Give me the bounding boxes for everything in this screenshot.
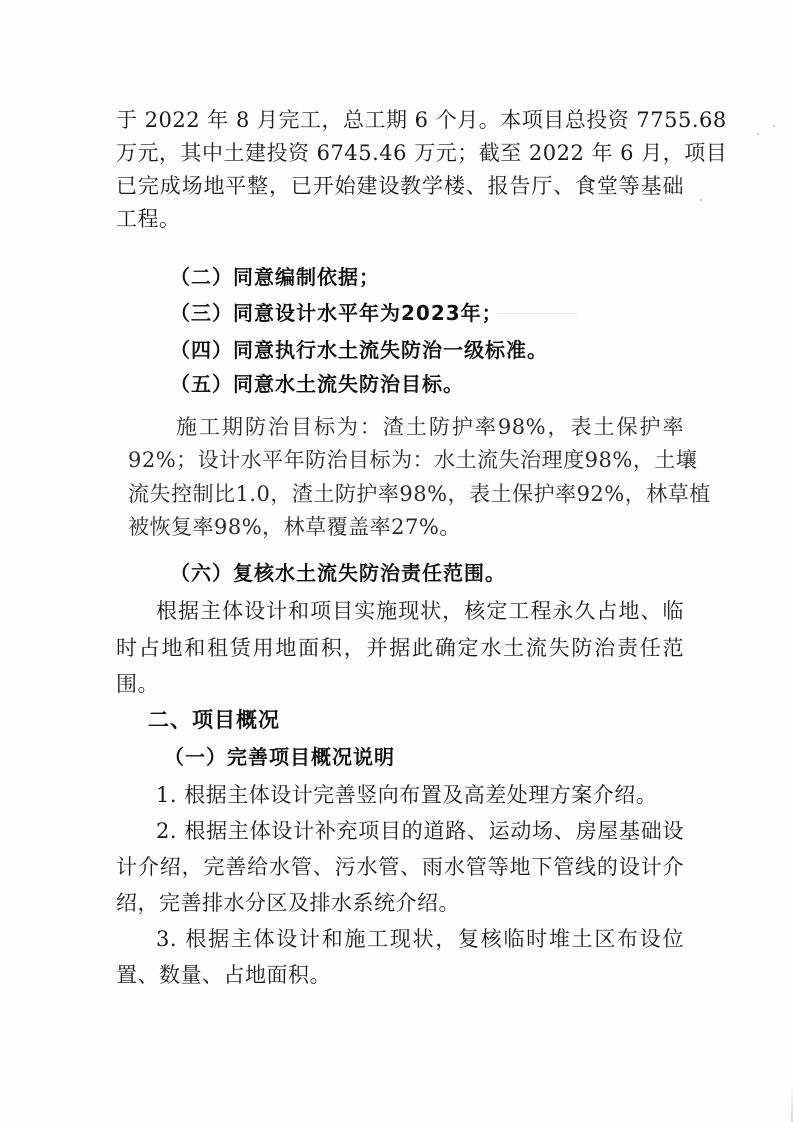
targets-line: 92%；设计水平年防治目标为：水土流失治理度98%，土壤	[128, 445, 684, 475]
paragraph-line: 围。	[116, 669, 684, 699]
list-item-3: 3. 根据主体设计和施工现状，复核临时堆土区布设位	[156, 924, 684, 954]
list-item-1: 1. 根据主体设计完善竖向布置及高差处理方案介绍。	[156, 780, 684, 810]
section-heading: 二、项目概况	[148, 705, 548, 735]
targets-line: 被恢复率98%，林草覆盖率27%。	[128, 512, 684, 542]
list-item-3-cont: 置、数量、占地面积。	[116, 960, 684, 990]
list-item-2-cont: 绍，完善排水分区及排水系统介绍。	[116, 888, 684, 918]
targets-line: 施工期防治目标为：渣土防护率98%，表土保护率	[176, 412, 684, 442]
paragraph-line: 已完成场地平整，已开始建设教学楼、报告厅、食堂等基础	[116, 171, 684, 201]
item-heading-6: （六）复核水土流失防治责任范围。	[170, 558, 690, 588]
item-heading-2: （二）同意编制依据；	[170, 262, 690, 292]
subsection-heading: （一）完善项目概况说明	[164, 742, 564, 772]
item-heading-5: （五）同意水土流失防治目标。	[170, 369, 690, 399]
targets-line: 流失控制比1.0，渣土防护率98%，表土保护率92%，林草植	[128, 479, 684, 509]
paragraph-line: 工程。	[116, 204, 684, 234]
scan-speck	[757, 133, 759, 135]
scan-speck	[497, 313, 577, 314]
document-page: 于 2022 年 8 月完工，总工期 6 个月。本项目总投资 7755.68 万…	[0, 0, 793, 1122]
list-item-2: 2. 根据主体设计补充项目的道路、运动场、房屋基础设	[156, 816, 684, 846]
scan-speck	[773, 125, 775, 127]
paragraph-line: 于 2022 年 8 月完工，总工期 6 个月。本项目总投资 7755.68	[116, 105, 684, 135]
paragraph-line: 万元，其中土建投资 6745.46 万元；截至 2022 年 6 月，项目	[116, 138, 684, 168]
scan-speck	[700, 199, 702, 201]
paragraph-line: 根据主体设计和项目实施现状，核定工程永久占地、临	[156, 596, 684, 626]
item-heading-4: （四）同意执行水土流失防治一级标准。	[170, 335, 690, 365]
list-item-2-cont: 计介绍，完善给水管、污水管、雨水管等地下管线的设计介	[116, 852, 684, 882]
item-heading-3: （三）同意设计水平年为2023年；	[170, 298, 690, 328]
paragraph-line: 时占地和租赁用地面积，并据此确定水土流失防治责任范	[116, 633, 684, 663]
